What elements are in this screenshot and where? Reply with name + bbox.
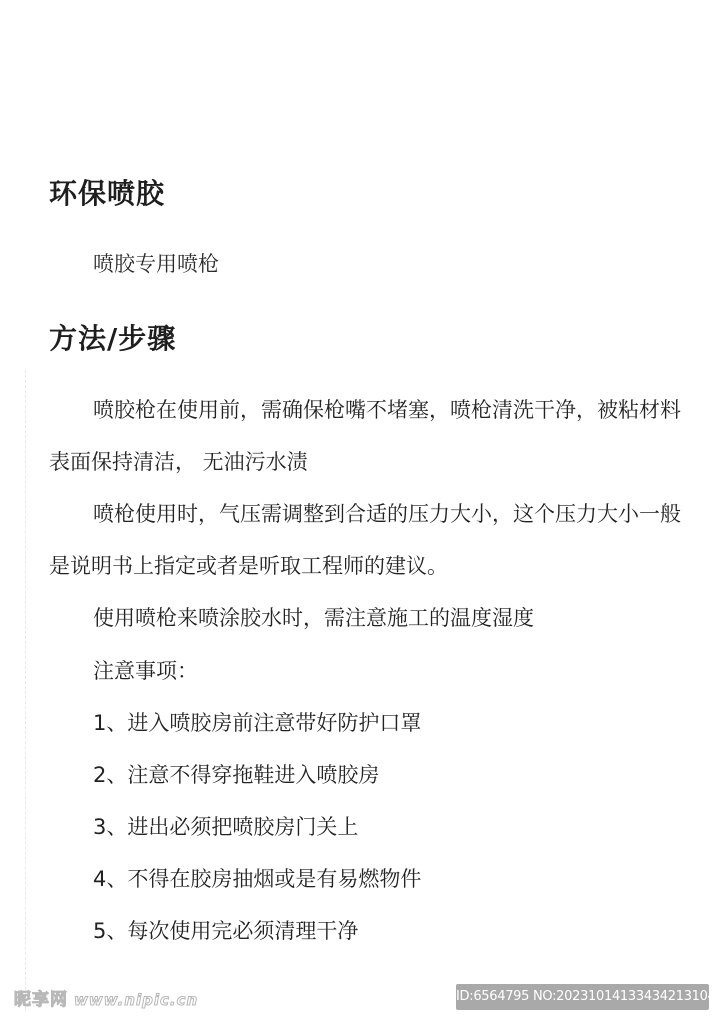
watermark-logo: 昵享网www.nipic.cn [14,985,198,1010]
note-item: 5、每次使用完必须清理干净 [93,915,358,945]
watermark-url: www.nipic.cn [74,991,198,1009]
page-title: 环保喷胶 [49,172,165,212]
subtitle: 喷胶专用喷枪 [93,248,219,278]
watermark-id-badge: ID:6564795 NO:20231014133434213104 [456,984,709,1010]
note-item: 2、注意不得穿拖鞋进入喷胶房 [93,759,379,789]
left-margin-rule [25,370,26,1010]
section-heading: 方法/步骤 [49,317,176,357]
paragraph-2: 喷枪使用时，气压需调整到合适的压力大小，这个压力大小一般是说明书上指定或者是听取… [49,488,685,592]
note-item: 3、进出必须把喷胶房门关上 [93,811,358,841]
paragraph-3: 使用喷枪来喷涂胶水时，需注意施工的温度湿度 [93,602,534,632]
watermark-logo-text: 昵享网 [14,990,68,1010]
note-item: 1、进入喷胶房前注意带好防护口罩 [93,707,421,737]
paragraph-1: 喷胶枪在使用前，需确保枪嘴不堵塞，喷枪清洗干净，被粘材料表面保持清洁， 无油污水… [49,384,685,488]
note-item: 4、不得在胶房抽烟或是有易燃物件 [93,863,421,893]
notes-heading: 注意事项： [93,655,198,685]
